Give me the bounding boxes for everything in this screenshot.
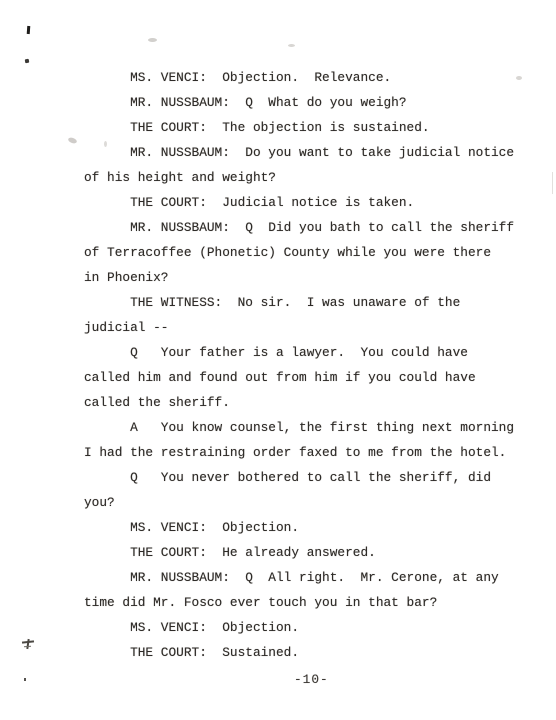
transcript-line: MS. VENCI: Objection. bbox=[84, 515, 514, 540]
scan-smudge bbox=[288, 44, 295, 47]
transcript-line: judicial -- bbox=[84, 315, 514, 340]
scan-margin-scribble bbox=[21, 638, 37, 652]
transcript-line: Q You never bothered to call the sheriff… bbox=[84, 465, 514, 490]
transcript-line: THE COURT: Sustained. bbox=[84, 640, 514, 665]
transcript-line: in Phoenix? bbox=[84, 265, 514, 290]
scan-smudge bbox=[148, 38, 157, 42]
scan-smudge bbox=[67, 137, 77, 145]
transcript-line: I had the restraining order faxed to me … bbox=[84, 440, 514, 465]
transcript-line: A You know counsel, the first thing next… bbox=[84, 415, 514, 440]
transcript-line: MR. NUSSBAUM: Q Did you bath to call the… bbox=[84, 215, 514, 240]
page-number: -10- bbox=[294, 672, 329, 687]
transcript-line: MR. NUSSBAUM: Q All right. Mr. Cerone, a… bbox=[84, 565, 514, 590]
transcript-line: of his height and weight? bbox=[84, 165, 514, 190]
transcript-line: called the sheriff. bbox=[84, 390, 514, 415]
transcript-line: THE COURT: He already answered. bbox=[84, 540, 514, 565]
transcript-line: you? bbox=[84, 490, 514, 515]
transcript-line: called him and found out from him if you… bbox=[84, 365, 514, 390]
transcript-line: time did Mr. Fosco ever touch you in tha… bbox=[84, 590, 514, 615]
scan-edge-line bbox=[552, 172, 553, 194]
scan-mark-tick bbox=[27, 26, 31, 34]
transcript-line: MR. NUSSBAUM: Do you want to take judici… bbox=[84, 140, 514, 165]
transcript-line: Q Your father is a lawyer. You could hav… bbox=[84, 340, 514, 365]
scan-mark-dot bbox=[24, 678, 26, 681]
scan-smudge bbox=[516, 76, 522, 80]
transcript-line: THE WITNESS: No sir. I was unaware of th… bbox=[84, 290, 514, 315]
transcript-line: MS. VENCI: Objection. Relevance. bbox=[84, 65, 514, 90]
transcript-line: of Terracoffee (Phonetic) County while y… bbox=[84, 240, 514, 265]
transcript-body: MS. VENCI: Objection. Relevance. MR. NUS… bbox=[84, 65, 514, 665]
transcript-page: MS. VENCI: Objection. Relevance. MR. NUS… bbox=[0, 0, 556, 720]
transcript-line: MR. NUSSBAUM: Q What do you weigh? bbox=[84, 90, 514, 115]
scan-mark-dot bbox=[25, 59, 30, 64]
transcript-line: MS. VENCI: Objection. bbox=[84, 615, 514, 640]
transcript-line: THE COURT: The objection is sustained. bbox=[84, 115, 514, 140]
transcript-line: THE COURT: Judicial notice is taken. bbox=[84, 190, 514, 215]
